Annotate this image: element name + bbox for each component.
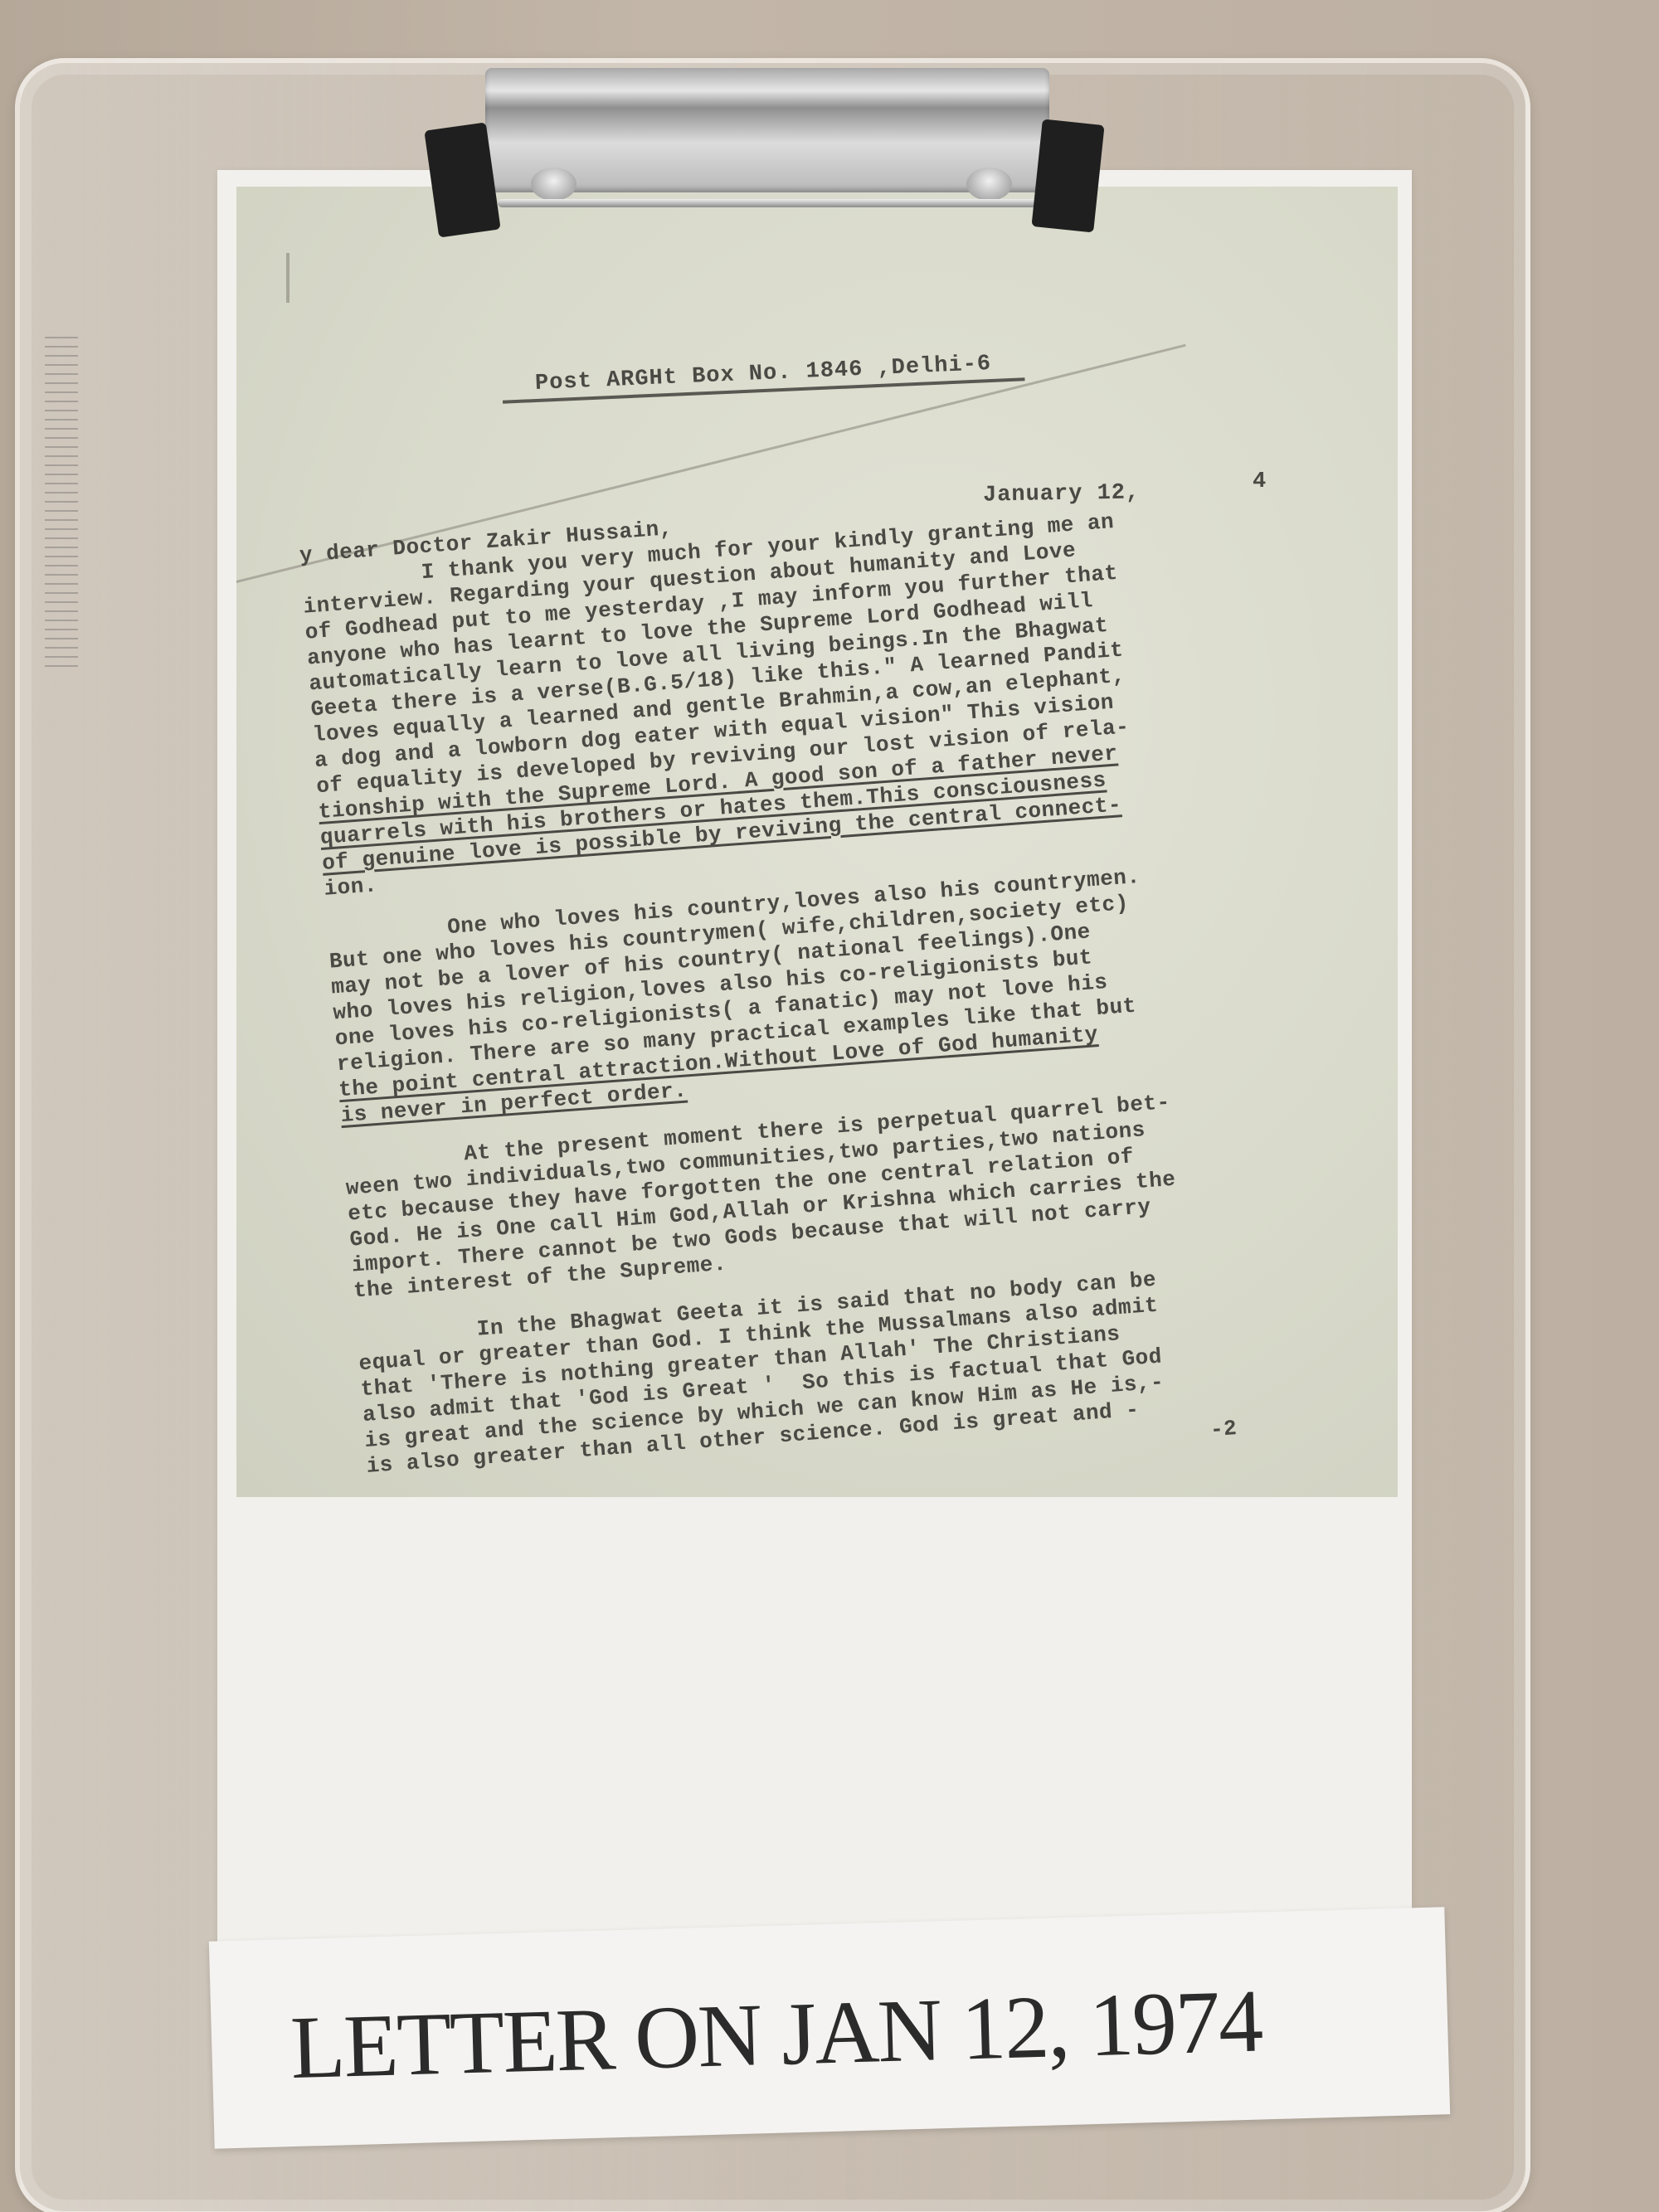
letter-body: y dear Doctor Zakir Hussain, I thank you… (299, 464, 1398, 1497)
clip-wire (498, 199, 1037, 207)
ruler-marks-icon (45, 337, 78, 668)
binder-clip-icon (431, 60, 1095, 259)
caption-text: LETTER ON JAN 12, 1974 (289, 1970, 1263, 2100)
rivet-icon (966, 168, 1012, 201)
clip-foot-right (1031, 119, 1104, 232)
clip-plate (485, 68, 1049, 192)
rivet-icon (531, 168, 577, 201)
caption-label: LETTER ON JAN 12, 1974 (209, 1907, 1450, 2149)
letter-address-line: Post ARGHt Box No. 1846 ,Delhi-6 (501, 349, 1025, 403)
smudge-mark (286, 253, 289, 303)
letter-photocopy: Post ARGHt Box No. 1846 ,Delhi-6 January… (236, 187, 1398, 1497)
